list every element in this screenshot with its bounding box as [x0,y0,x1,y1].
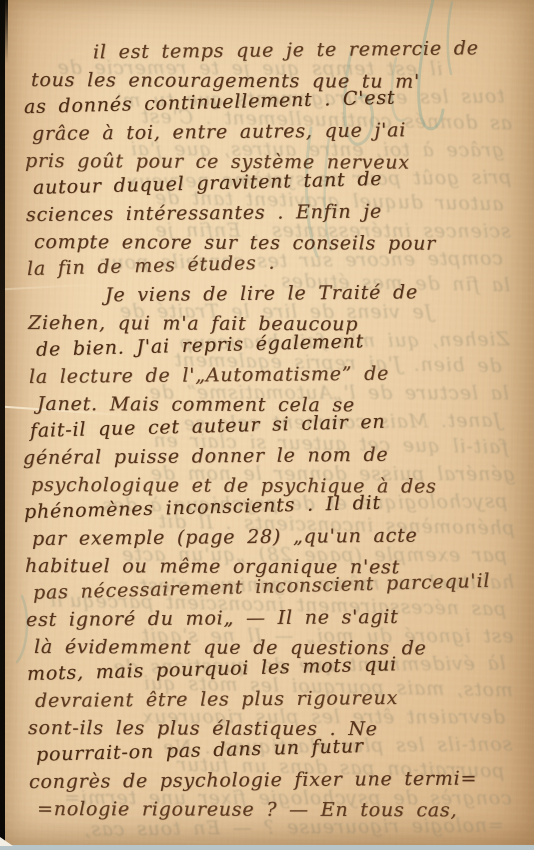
handwritten-line: =nologie rigoureuse ? — En tous cas, [37,796,531,825]
handwritten-line: grâce à toi, entre autres, que j'ai [32,116,526,148]
scan-edge-bottom [0,845,534,850]
handwritten-line: est ignoré du moi„ — Il ne s'agit [26,603,520,634]
handwritten-line: par exemple (page 28) „qu'un acte [32,522,526,553]
handwritten-line: congrès de psychologie fixer une termi= [29,765,523,796]
scanned-letter: il est temps que je te remercie detous l… [0,0,534,850]
handwritten-line: général puisse donner le nom de [23,441,517,472]
handwritten-line: il est temps que je te remercie de [23,35,517,67]
paper: il est temps que je te remercie detous l… [4,0,534,845]
handwritten-line: sciences intéressantes . Enfin je [26,197,520,229]
scan-edge-left [0,0,5,850]
handwritten-line: la lecture de l'„Automatisme” de [29,359,523,391]
handwritten-line: devraient être les plus rigoureux [35,684,529,715]
handwritten-line: Je viens de lire le Traité de [35,278,529,310]
letter-body: il est temps que je te remercie detous l… [4,0,534,845]
